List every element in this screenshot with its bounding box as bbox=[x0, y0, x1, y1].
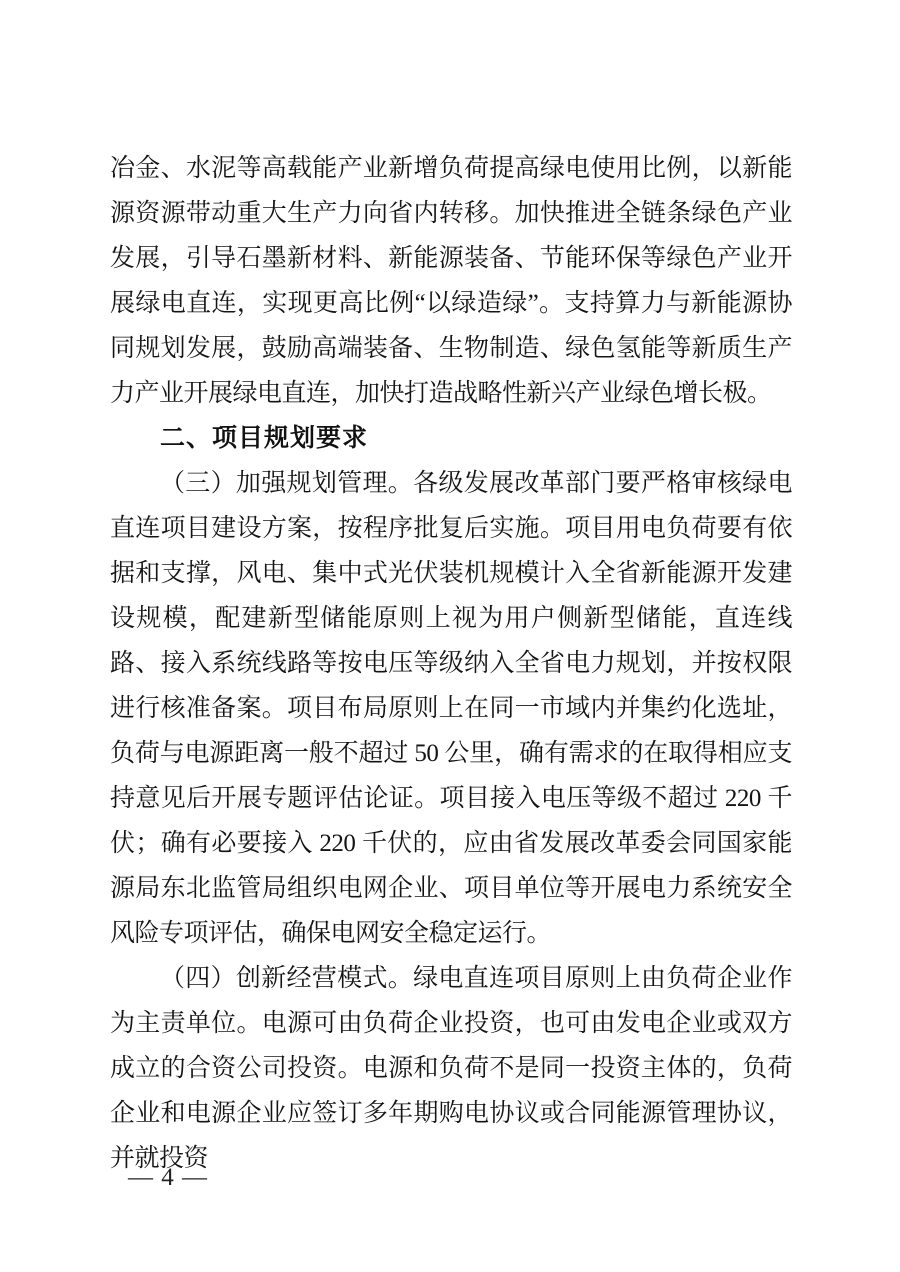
paragraph-item-4-text: 绿电直连项目原则上由负荷企业作为主责单位。电源可由负荷企业投资，也可由发电企业或… bbox=[110, 965, 792, 1172]
paragraph-item-3: （三）加强规划管理。各级发展改革部门要严格审核绿电直连项目建设方案，按程序批复后… bbox=[110, 461, 792, 956]
section-heading: 二、项目规划要求 bbox=[110, 416, 792, 461]
page-number: — 4 — bbox=[128, 1164, 208, 1191]
paragraph-item-4: （四）创新经营模式。绿电直连项目原则上由负荷企业作为主责单位。电源可由负荷企业投… bbox=[110, 956, 792, 1181]
paragraph-item-4-lead: （四）创新经营模式。 bbox=[160, 965, 413, 992]
document-page: 冶金、水泥等高载能产业新增负荷提高绿电使用比例，以新能源资源带动重大生产力向省内… bbox=[0, 0, 900, 1272]
document-body: 冶金、水泥等高载能产业新增负荷提高绿电使用比例，以新能源资源带动重大生产力向省内… bbox=[110, 146, 792, 1181]
paragraph-item-3-text: 各级发展改革部门要严格审核绿电直连项目建设方案，按程序批复后实施。项目用电负荷要… bbox=[110, 470, 792, 947]
page-footer: — 4 — bbox=[128, 1162, 208, 1194]
continuation-paragraph: 冶金、水泥等高载能产业新增负荷提高绿电使用比例，以新能源资源带动重大生产力向省内… bbox=[110, 146, 792, 416]
paragraph-item-3-lead: （三）加强规划管理。 bbox=[160, 470, 413, 497]
